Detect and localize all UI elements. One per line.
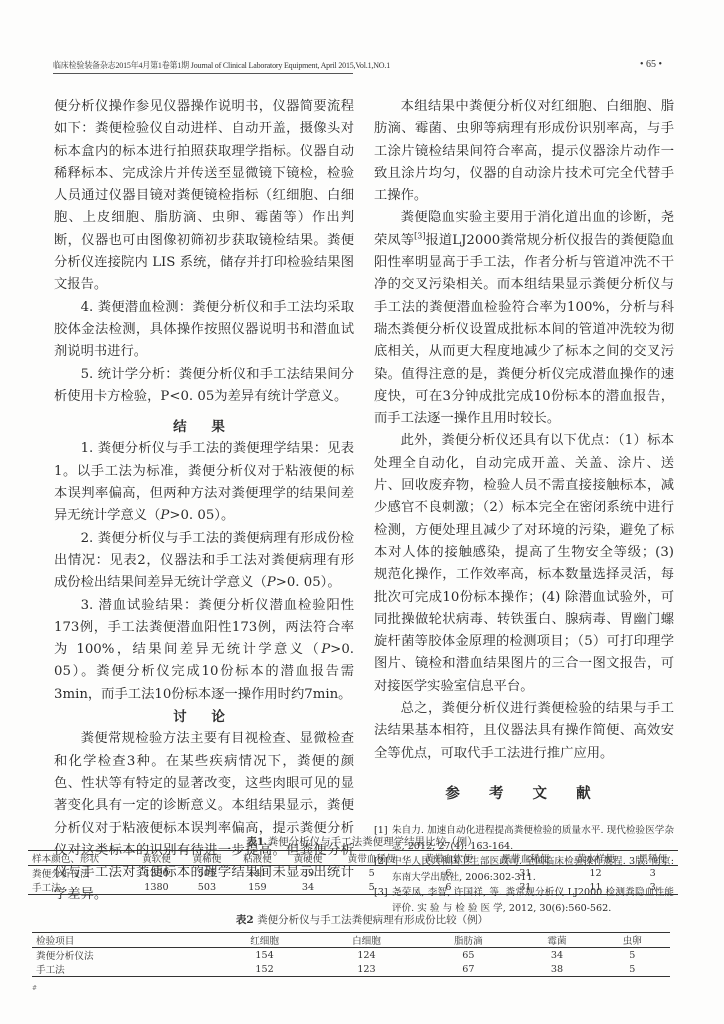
column-header: 虫卵 (595, 933, 670, 948)
table-cell: 5 (333, 880, 410, 895)
table1-label: 表1 (246, 836, 264, 848)
table-cell: 3 (627, 866, 678, 881)
results-heading: 结 果 (54, 416, 354, 438)
results-3-text: 3. 潜血试验结果：粪便分析仪潜血检验阳性173例，手工法粪便潜血阳性173例，… (54, 598, 354, 658)
page-number: • 65 • (640, 59, 662, 70)
column-header: 黄带血稀便 (333, 851, 410, 866)
column-header: 样本颜色、形状 (28, 851, 131, 866)
p-symbol: P (267, 575, 276, 590)
column-header: 黄硬便 (283, 851, 334, 866)
table-cell: 5 (333, 866, 410, 881)
table-cell: 38 (519, 962, 594, 977)
column-header: 检验项目 (32, 933, 214, 948)
journal-citation-line: 临床检验装备杂志2015年4月第1卷第1期 Journal of Clinica… (53, 59, 390, 71)
table-cell: 31 (487, 880, 564, 895)
results-paragraph-occult-blood: 3. 潜血试验结果：粪便分析仪潜血检验阳性173例，手工法粪便潜血阳性173例，… (54, 595, 354, 706)
table-cell: 31 (487, 866, 564, 881)
row-label: 粪便分析仪法 (32, 948, 214, 963)
citation-ref-3[interactable]: [3] (414, 231, 425, 240)
table-row: 手工法 1380 503 159 34 5 6 31 11 3 (28, 880, 678, 895)
table-cell: 34 (519, 948, 594, 963)
discussion-paragraph-4: 此外，粪便分析仪还具有以下优点：（1）标本处理全自动化，自动完成开盖、关盖、涂片… (374, 430, 674, 698)
conclusion-paragraph: 总之，粪便分析仪进行粪便检验的结果与手工法结果基本相符，且仪器法具有操作简便、高… (374, 698, 674, 765)
table2-label: 表2 (236, 914, 254, 926)
table1-caption: 表1 粪便分析仪与手工法粪便理学结果比较（例） (0, 834, 724, 849)
p-symbol: P (321, 642, 330, 657)
discussion-paragraph-2: 本组结果中粪便分析仪对红细胞、白细胞、脂肪滴、霉菌、虫卵等病理有形成份识别率高，… (374, 96, 674, 207)
left-column: 便分析仪操作参见仪器操作说明书，仪器简要流程如下：粪便检验仪自动进样、自动开盖，… (54, 96, 354, 907)
table-cell: 12 (564, 866, 628, 881)
column-header: 黄稀便 (182, 851, 233, 866)
table-cell: 154 (214, 948, 316, 963)
table-cell: 123 (316, 962, 418, 977)
table-cell: 5 (595, 948, 670, 963)
column-header: 黑带血稀便 (487, 851, 564, 866)
table-cell: 3 (627, 880, 678, 895)
right-column: 本组结果中粪便分析仪对红细胞、白细胞、脂肪滴、霉菌、虫卵等病理有形成份识别率高，… (374, 96, 674, 916)
table-cell: 124 (316, 948, 418, 963)
table-row: 手工法 152 123 67 38 5 (32, 962, 670, 977)
table-cell: 152 (214, 962, 316, 977)
table1-caption-text: 粪便分析仪与手工法粪便理学结果比较（例） (268, 836, 478, 848)
running-header: 临床检验装备杂志2015年4月第1卷第1期 Journal of Clinica… (53, 59, 353, 74)
row-label: 手工法 (32, 962, 214, 977)
table2-caption-text: 粪便分析仪与手工法粪便病理有形成份比较（例） (257, 914, 488, 926)
table-cell: 141 (232, 866, 283, 881)
results-2-text-end: >0. 05）。 (276, 575, 341, 590)
row-label: 粪便分析仪法 (28, 866, 131, 881)
results-1-text-end: >0. 05）。 (169, 508, 234, 523)
table-header-row: 样本颜色、形状 黄软便 黄稀便 粘液便 黄硬便 黄带血稀便 黄带血软便 黑带血稀… (28, 851, 678, 866)
table-cell: 5 (595, 962, 670, 977)
row-label: 手工法 (28, 880, 131, 895)
table-cell: 1380 (131, 880, 182, 895)
footer-mark: # (32, 985, 37, 992)
results-paragraph-physical: 1. 粪便分析仪与手工法的粪便理学结果：见表1。以手工法为标准，粪便分析仪对于粘… (54, 438, 354, 527)
column-header: 黄软便 (131, 851, 182, 866)
table-cell: 505 (182, 866, 233, 881)
table-cell: 65 (417, 948, 519, 963)
table2-caption: 表2 粪便分析仪与手工法粪便病理有形成份比较（例） (0, 912, 724, 927)
table-row: 粪便分析仪法 154 124 65 34 5 (32, 948, 670, 963)
methods-paragraph-procedure: 便分析仪操作参见仪器操作说明书，仪器简要流程如下：粪便检验仪自动进样、自动开盖，… (54, 96, 354, 297)
column-header: 红细胞 (214, 933, 316, 948)
methods-paragraph-occult-blood: 4. 粪便潜血检测：粪便分析仪和手工法均采取胶体金法检测，具体操作按照仪器说明书… (54, 297, 354, 364)
table-row: 粪便分析仪法 1390 505 141 39 5 6 31 12 3 (28, 866, 678, 881)
table-cell: 6 (410, 880, 487, 895)
p-symbol: P (160, 508, 169, 523)
results-paragraph-pathology: 2. 粪便分析仪与手工法的粪便病理有形成份检出情况：见表2，仪器法和手工法对粪便… (54, 528, 354, 595)
column-header: 白细胞 (316, 933, 418, 948)
table-cell: 34 (283, 880, 334, 895)
column-header: 黄水样便 (564, 851, 628, 866)
table-cell: 11 (564, 880, 628, 895)
discussion-heading: 讨 论 (54, 706, 354, 728)
table2-pathology-results: 检验项目 红细胞 白细胞 脂肪滴 霉菌 虫卵 粪便分析仪法 154 124 65… (32, 932, 670, 977)
table-cell: 503 (182, 880, 233, 895)
discussion-paragraph-3: 粪便隐血实验主要用于消化道出血的诊断，尧荣凤等[3]报道LJ2000粪常规分析仪… (374, 207, 674, 430)
discussion-3-text-end: 报道LJ2000粪常规分析仪报告的粪便隐血阳性率明显高于手工法，作者分析与管道冲… (374, 233, 674, 426)
table-header-row: 检验项目 红细胞 白细胞 脂肪滴 霉菌 虫卵 (32, 933, 670, 948)
column-header: 黑稀便 (627, 851, 678, 866)
table-cell: 1390 (131, 866, 182, 881)
table-cell: 39 (283, 866, 334, 881)
column-header: 粘液便 (232, 851, 283, 866)
table-cell: 6 (410, 866, 487, 881)
methods-paragraph-statistics: 5. 统计学分析：粪便分析仪和手工法结果间分析使用卡方检验，P<0. 05为差异… (54, 364, 354, 409)
table1-physical-results: 样本颜色、形状 黄软便 黄稀便 粘液便 黄硬便 黄带血稀便 黄带血软便 黑带血稀… (28, 850, 678, 895)
column-header: 霉菌 (519, 933, 594, 948)
references-heading: 参 考 文 献 (374, 783, 674, 805)
column-header: 黄带血软便 (410, 851, 487, 866)
table-cell: 159 (232, 880, 283, 895)
column-header: 脂肪滴 (417, 933, 519, 948)
table-cell: 67 (417, 962, 519, 977)
